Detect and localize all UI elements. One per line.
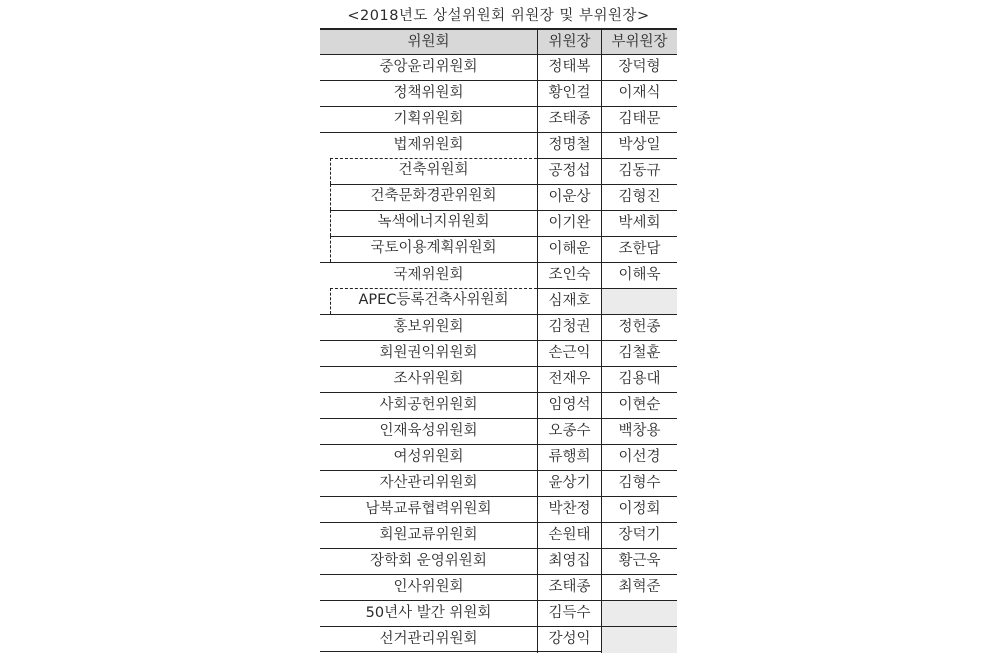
chair-name: 손근익 <box>537 340 601 366</box>
table-row: 법제위원회 정명철 박상일 <box>320 132 677 158</box>
vice-chair-name: 이해욱 <box>601 262 677 288</box>
table-row: 국제위원회 조인숙 이해욱 <box>320 262 677 288</box>
committee-name: 녹색에너지위원회 <box>320 210 537 236</box>
committee-name: 선거관리위원회 <box>320 626 537 653</box>
committee-name: 법제위원회 <box>320 132 537 158</box>
chair-name: 류행희 <box>537 444 601 470</box>
committee-table: 위원회 위원장 부위원장 중앙윤리위원회 정태복 장덕형 정책위원회 황인걸 이… <box>320 28 677 652</box>
committee-name: 자산관리위원회 <box>320 470 537 496</box>
committee-name-text: APEC등록건축사위원회 <box>358 292 508 308</box>
chair-name: 이해운 <box>537 236 601 262</box>
vice-chair-name: 이선경 <box>601 444 677 470</box>
table-row: 회원권익위원회 손근익 김철훈 <box>320 340 677 366</box>
header-vice-chair: 부위원장 <box>601 30 677 56</box>
chair-name: 박찬정 <box>537 496 601 522</box>
committee-name: 남북교류협력위원회 <box>320 496 537 522</box>
committee-name: 홍보위원회 <box>320 314 537 340</box>
committee-name: 장학회 운영위원회 <box>320 548 537 574</box>
vice-chair-name: 장덕기 <box>601 522 677 548</box>
vice-chair-name: 박상일 <box>601 132 677 158</box>
vice-chair-name: 백창용 <box>601 418 677 444</box>
vice-chair-name: 정헌종 <box>601 314 677 340</box>
committee-name: 정책위원회 <box>320 80 537 106</box>
table-row-subgroup: 건축위원회 공정섭 김동규 <box>320 158 677 184</box>
vice-chair-empty <box>601 626 677 653</box>
committee-name: 건축문화경관위원회 <box>320 184 537 210</box>
committee-name-text: 건축문화경관위원회 <box>370 188 496 204</box>
committee-name: 국토이용계획위원회 <box>320 236 537 262</box>
committee-name: APEC등록건축사위원회 <box>320 288 537 314</box>
chair-name: 오종수 <box>537 418 601 444</box>
table-row-subgroup: 건축문화경관위원회 이운상 김형진 <box>320 184 677 210</box>
table-row-subgroup: 녹색에너지위원회 이기완 박세회 <box>320 210 677 236</box>
vice-chair-name: 김용대 <box>601 366 677 392</box>
header-chair: 위원장 <box>537 30 601 56</box>
committee-name: 중앙윤리위원회 <box>320 54 537 80</box>
vice-chair-name: 장덕형 <box>601 54 677 80</box>
vice-chair-name: 김형수 <box>601 470 677 496</box>
table-row: 사회공헌위원회 임영석 이현순 <box>320 392 677 418</box>
chair-name: 심재호 <box>537 288 601 314</box>
vice-chair-name: 이재식 <box>601 80 677 106</box>
committee-name-text: 건축위원회 <box>398 162 468 178</box>
chair-name: 조인숙 <box>537 262 601 288</box>
committee-name: 국제위원회 <box>320 262 537 288</box>
chair-name: 윤상기 <box>537 470 601 496</box>
header-committee: 위원회 <box>320 30 537 56</box>
chair-name: 김청권 <box>537 314 601 340</box>
chair-name: 강성익 <box>537 626 601 653</box>
table-row: 인재육성위원회 오종수 백창용 <box>320 418 677 444</box>
chair-name: 조태종 <box>537 106 601 132</box>
chair-name: 전재우 <box>537 366 601 392</box>
chair-name: 최영집 <box>537 548 601 574</box>
vice-chair-name: 김동규 <box>601 158 677 184</box>
table-row-subgroup: 국토이용계획위원회 이해운 조한담 <box>320 236 677 262</box>
committee-name: 사회공헌위원회 <box>320 392 537 418</box>
table-row: 장학회 운영위원회 최영집 황근욱 <box>320 548 677 574</box>
vice-chair-name: 김철훈 <box>601 340 677 366</box>
committee-name: 회원권익위원회 <box>320 340 537 366</box>
chair-name: 이기완 <box>537 210 601 236</box>
vice-chair-empty <box>601 600 677 626</box>
table-row-subgroup: APEC등록건축사위원회 심재호 <box>320 288 677 314</box>
chair-name: 정명철 <box>537 132 601 158</box>
vice-chair-name: 최혁준 <box>601 574 677 600</box>
table-row: 여성위원회 류행희 이선경 <box>320 444 677 470</box>
table-row: 중앙윤리위원회 정태복 장덕형 <box>320 54 677 80</box>
committee-name: 건축위원회 <box>320 158 537 184</box>
chair-name: 조태종 <box>537 574 601 600</box>
vice-chair-empty <box>601 288 677 314</box>
vice-chair-name: 이정회 <box>601 496 677 522</box>
committee-name-text: 국토이용계획위원회 <box>370 240 496 256</box>
vice-chair-name: 김태문 <box>601 106 677 132</box>
chair-name: 임영석 <box>537 392 601 418</box>
table-title: <2018년도 상설위원회 위원장 및 부위원장> <box>320 4 677 25</box>
table-row: 홍보위원회 김청권 정헌종 <box>320 314 677 340</box>
chair-name: 황인걸 <box>537 80 601 106</box>
committee-name: 조사위원회 <box>320 366 537 392</box>
table-row: 정책위원회 황인걸 이재식 <box>320 80 677 106</box>
table-row: 50년사 발간 위원회 김득수 <box>320 600 677 626</box>
committee-name: 인사위원회 <box>320 574 537 600</box>
committee-name-text: 녹색에너지위원회 <box>377 214 489 230</box>
table-row: 인사위원회 조태종 최혁준 <box>320 574 677 600</box>
committee-name: 여성위원회 <box>320 444 537 470</box>
chair-name: 손원태 <box>537 522 601 548</box>
table-row: 자산관리위원회 윤상기 김형수 <box>320 470 677 496</box>
table-header: 위원회 위원장 부위원장 <box>320 28 677 54</box>
chair-name: 정태복 <box>537 54 601 80</box>
table-row: 조사위원회 전재우 김용대 <box>320 366 677 392</box>
vice-chair-name: 조한담 <box>601 236 677 262</box>
vice-chair-name: 박세회 <box>601 210 677 236</box>
table-row: 기획위원회 조태종 김태문 <box>320 106 677 132</box>
chair-name: 공정섭 <box>537 158 601 184</box>
chair-name: 김득수 <box>537 600 601 626</box>
committee-name: 회원교류위원회 <box>320 522 537 548</box>
table-row: 선거관리위원회 강성익 <box>320 626 677 652</box>
table-row: 회원교류위원회 손원태 장덕기 <box>320 522 677 548</box>
vice-chair-name: 황근욱 <box>601 548 677 574</box>
vice-chair-name: 김형진 <box>601 184 677 210</box>
chair-name: 이운상 <box>537 184 601 210</box>
committee-name: 50년사 발간 위원회 <box>320 600 537 626</box>
committee-name: 인재육성위원회 <box>320 418 537 444</box>
vice-chair-name: 이현순 <box>601 392 677 418</box>
committee-name: 기획위원회 <box>320 106 537 132</box>
table-row: 남북교류협력위원회 박찬정 이정회 <box>320 496 677 522</box>
